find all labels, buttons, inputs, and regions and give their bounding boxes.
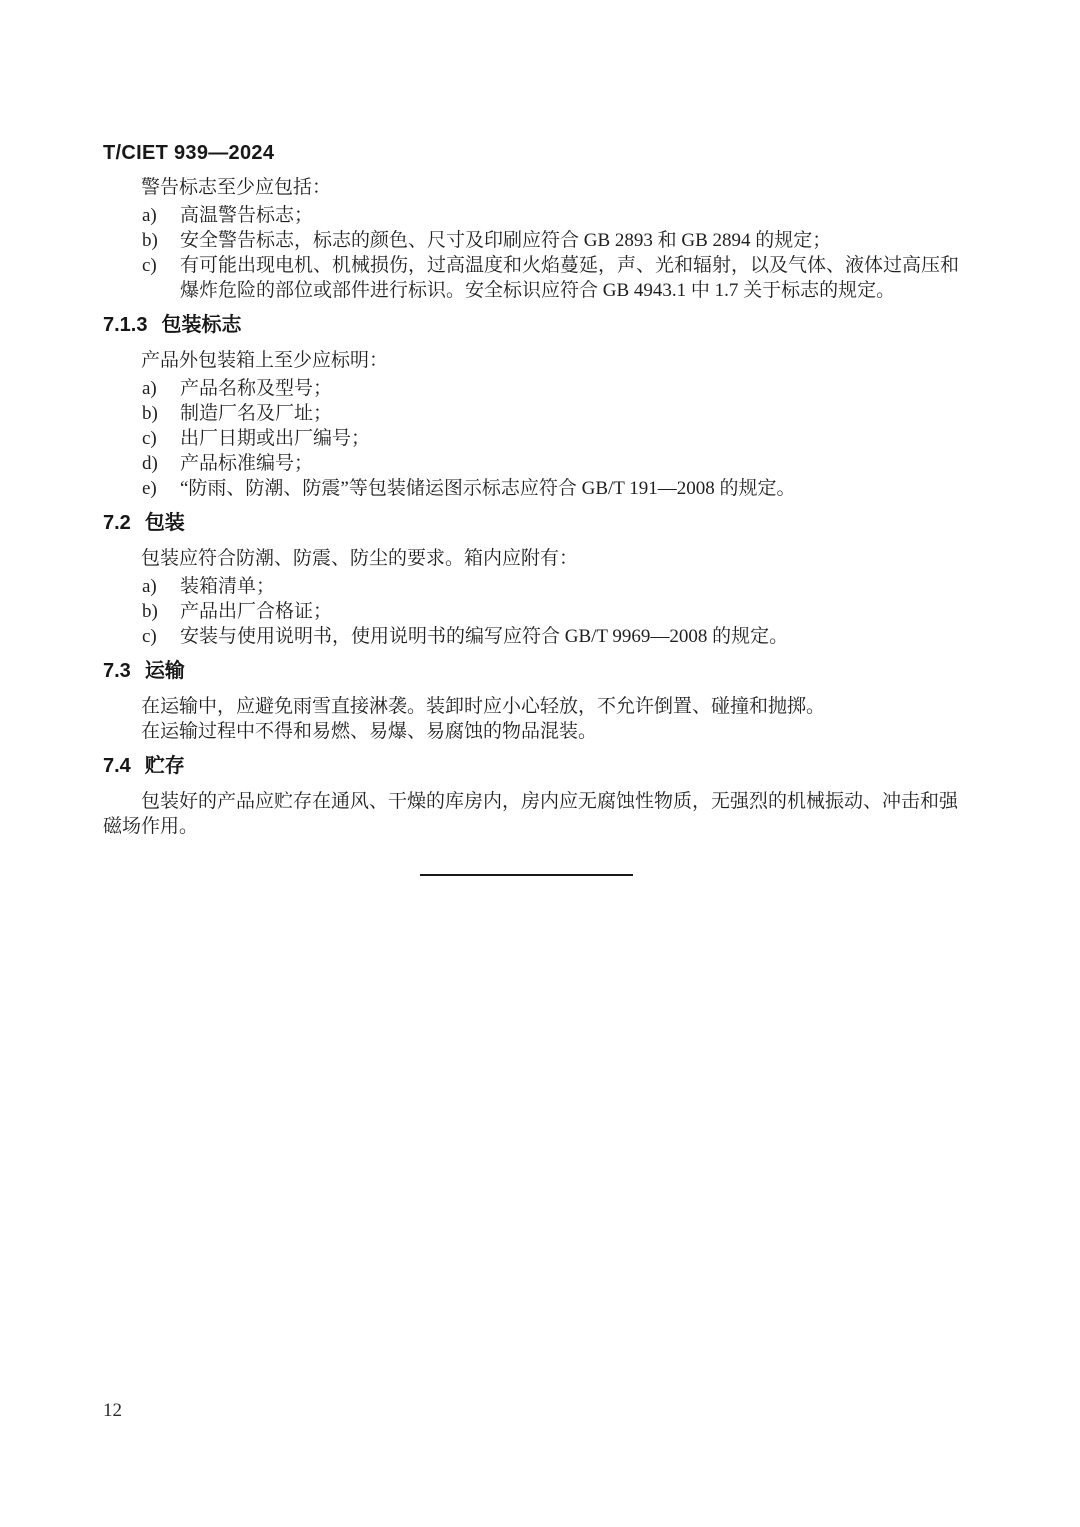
list-marker: b): [142, 228, 180, 253]
packaging-marks-list: a) 产品名称及型号； b) 制造厂名及厂址； c) 出厂日期或出厂编号； d)…: [142, 376, 970, 501]
section-number: 7.1.3: [103, 314, 147, 336]
list-marker: a): [142, 203, 180, 228]
section-heading-7-1-3: 7.1.3包装标志: [103, 313, 970, 338]
list-marker: a): [142, 574, 180, 599]
list-item-text: 有可能出现电机、机械损伤，过高温度和火焰蔓延，声、光和辐射，以及气体、液体过高压…: [180, 253, 970, 303]
warning-list: a) 高温警告标志； b) 安全警告标志，标志的颜色、尺寸及印刷应符合 GB 2…: [142, 203, 970, 303]
list-marker: d): [142, 451, 180, 476]
section-title: 运输: [145, 660, 185, 682]
section-title: 包装: [145, 512, 185, 534]
section-number: 7.4: [103, 755, 131, 777]
list-item: b) 制造厂名及厂址；: [142, 401, 970, 426]
list-item: d) 产品标准编号；: [142, 451, 970, 476]
list-item: c) 安装与使用说明书，使用说明书的编写应符合 GB/T 9969—2008 的…: [142, 624, 970, 649]
list-item: a) 高温警告标志；: [142, 203, 970, 228]
page-number: 12: [103, 1400, 122, 1422]
section-heading-7-3: 7.3运输: [103, 659, 970, 684]
document-page: T/CIET 939—2024 警告标志至少应包括： a) 高温警告标志； b)…: [0, 0, 1080, 1527]
section-7-2-intro-paragraph: 包装应符合防潮、防震、防尘的要求。箱内应附有：: [103, 546, 970, 571]
list-item: b) 安全警告标志，标志的颜色、尺寸及印刷应符合 GB 2893 和 GB 28…: [142, 228, 970, 253]
list-item-text: 安装与使用说明书，使用说明书的编写应符合 GB/T 9969—2008 的规定。: [180, 624, 970, 649]
list-marker: a): [142, 376, 180, 401]
list-marker: c): [142, 426, 180, 451]
list-item: c) 有可能出现电机、机械损伤，过高温度和火焰蔓延，声、光和辐射，以及气体、液体…: [142, 253, 970, 303]
list-item-text: 高温警告标志；: [180, 203, 970, 228]
list-marker: c): [142, 624, 180, 649]
list-item-text: 产品出厂合格证；: [180, 599, 970, 624]
section-7-3-paragraph: 在运输中，应避免雨雪直接淋袭。装卸时应小心轻放，不允许倒置、碰撞和抛掷。: [103, 694, 970, 719]
list-marker: b): [142, 599, 180, 624]
list-item: e) “防雨、防潮、防震”等包装储运图示标志应符合 GB/T 191—2008 …: [142, 476, 970, 501]
section-7-4-paragraph: 包装好的产品应贮存在通风、干燥的库房内，房内应无腐蚀性物质，无强烈的机械振动、冲…: [103, 789, 970, 839]
list-marker: e): [142, 476, 180, 501]
list-item-text: 装箱清单；: [180, 574, 970, 599]
list-item-text: 产品标准编号；: [180, 451, 970, 476]
warning-intro-paragraph: 警告标志至少应包括：: [103, 175, 970, 200]
section-number: 7.3: [103, 660, 131, 682]
section-7-1-3-intro-paragraph: 产品外包装箱上至少应标明：: [103, 348, 970, 373]
end-of-document-line: [420, 874, 633, 876]
list-marker: b): [142, 401, 180, 426]
list-item: c) 出厂日期或出厂编号；: [142, 426, 970, 451]
list-item-text: 制造厂名及厂址；: [180, 401, 970, 426]
list-item: a) 产品名称及型号；: [142, 376, 970, 401]
list-item: a) 装箱清单；: [142, 574, 970, 599]
list-item-text: “防雨、防潮、防震”等包装储运图示标志应符合 GB/T 191—2008 的规定…: [180, 476, 970, 501]
list-item: b) 产品出厂合格证；: [142, 599, 970, 624]
document-code: T/CIET 939—2024: [103, 141, 970, 166]
packaging-list: a) 装箱清单； b) 产品出厂合格证； c) 安装与使用说明书，使用说明书的编…: [142, 574, 970, 649]
section-7-3-paragraph: 在运输过程中不得和易燃、易爆、易腐蚀的物品混装。: [103, 719, 970, 744]
section-heading-7-4: 7.4贮存: [103, 754, 970, 779]
list-marker: c): [142, 253, 180, 303]
section-number: 7.2: [103, 512, 131, 534]
list-item-text: 产品名称及型号；: [180, 376, 970, 401]
section-title: 贮存: [145, 755, 185, 777]
list-item-text: 安全警告标志，标志的颜色、尺寸及印刷应符合 GB 2893 和 GB 2894 …: [180, 228, 970, 253]
list-item-text: 出厂日期或出厂编号；: [180, 426, 970, 451]
section-heading-7-2: 7.2包装: [103, 511, 970, 536]
section-title: 包装标志: [161, 314, 241, 336]
document-content: T/CIET 939—2024 警告标志至少应包括： a) 高温警告标志； b)…: [0, 0, 1080, 876]
